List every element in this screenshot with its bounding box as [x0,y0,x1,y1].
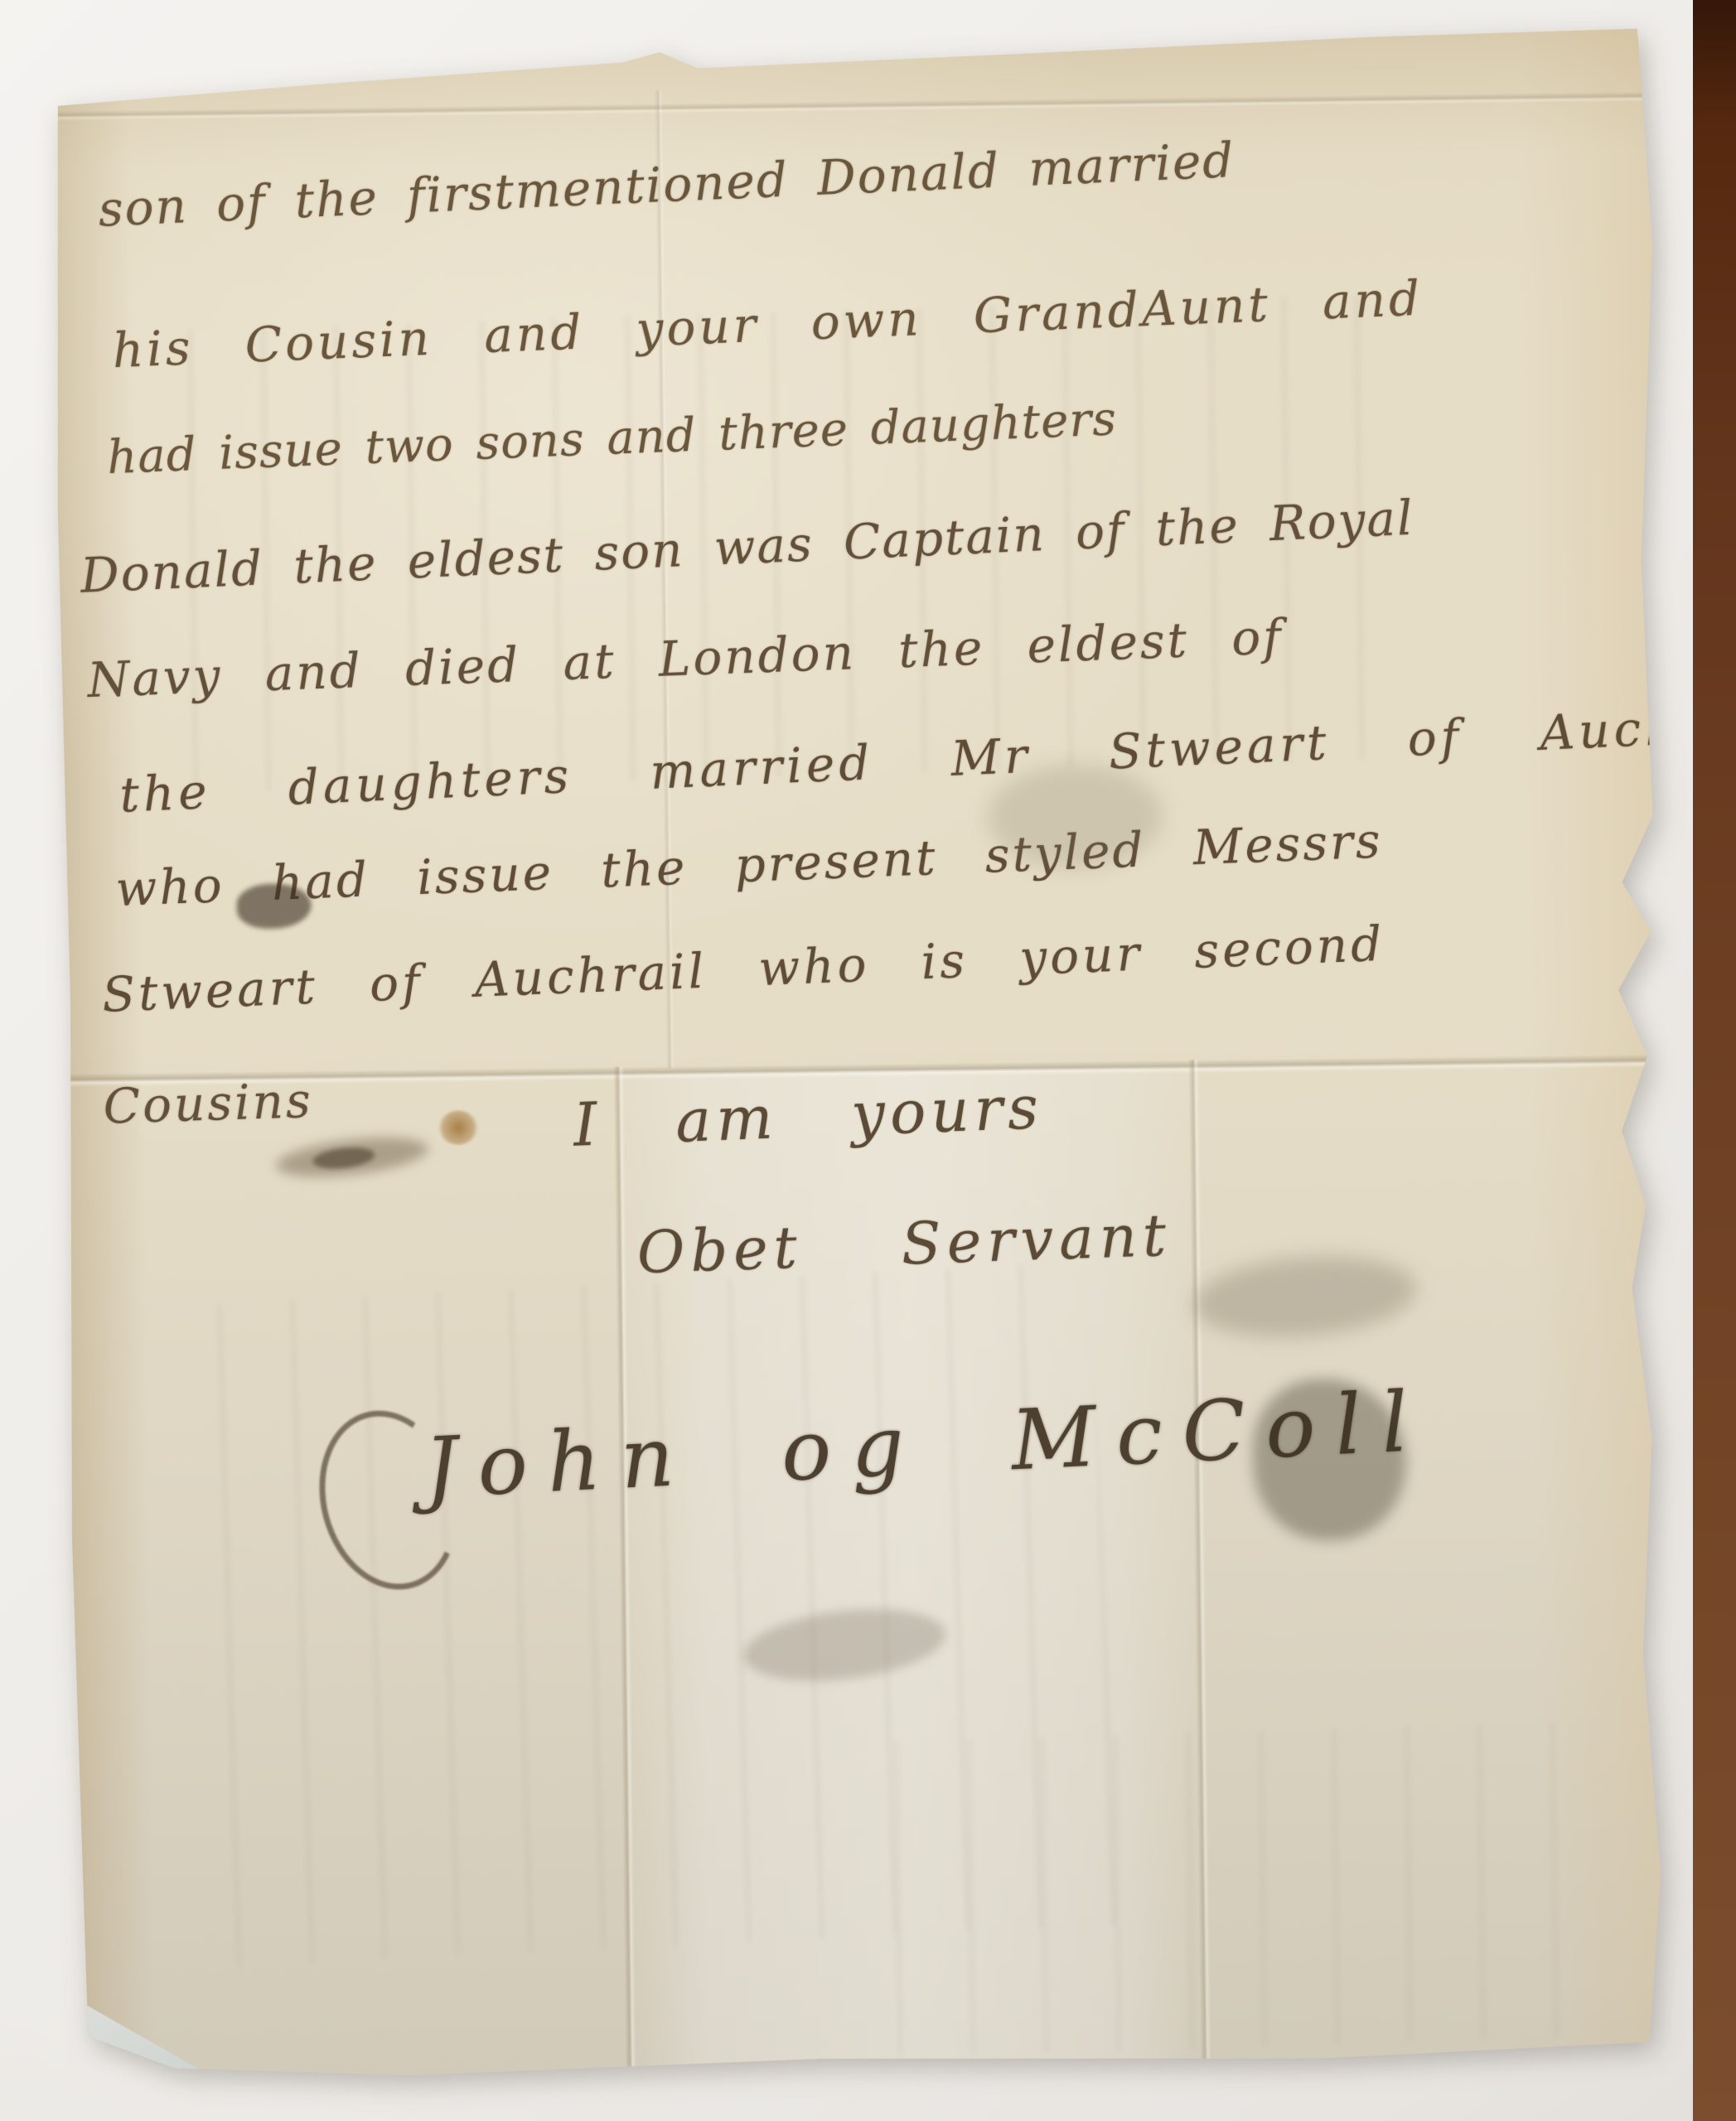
closing-line-1: I am yours [572,1072,1044,1160]
letter-line-8: Stweart of Auchrail who is your second [101,916,1386,1023]
fold-crease-vertical-left [613,1067,636,2084]
fold-crease-top [51,91,1663,121]
letter-line-5: Navy and died at London the eldest of [86,608,1284,708]
paper-stain [438,1110,479,1146]
ink-smudge [274,1131,431,1183]
letter-page-wrap: son of the firstmentioned Donald married… [51,28,1687,2090]
pencil-annotation [740,1599,950,1690]
letter-line-7: who had issue the present styled Messrs [114,812,1383,917]
letter-line-3: had issue two sons and three daughters [106,392,1118,485]
letter-line-4: Donald the eldest son was Captain of the… [80,490,1415,604]
signature: John og McColl [423,1373,1430,1517]
fold-crease-vertical-upper [655,90,675,1068]
letter-line-9: Cousins [103,1072,314,1134]
letter-page: son of the firstmentioned Donald married… [51,28,1687,2090]
ink-showthrough [856,1722,1569,2057]
letter-line-2: his Cousin and your own GrandAunt and [111,270,1424,379]
corner-fold [77,1969,211,2078]
closing-line-2: Obet Servant [636,1201,1173,1287]
photograph-background: son of the firstmentioned Donald married… [0,0,1736,2121]
ink-smudge [1190,1249,1419,1346]
ink-smudge [312,1144,375,1172]
table-edge [1693,0,1736,2121]
letter-line-1: son of the firstmentioned Donald married [97,132,1236,238]
letter-line-6: the daughters married Mr Stweart of Auch… [118,696,1736,823]
ink-showthrough [179,1263,1120,1968]
fold-crease-vertical-right [1188,1060,1211,2076]
